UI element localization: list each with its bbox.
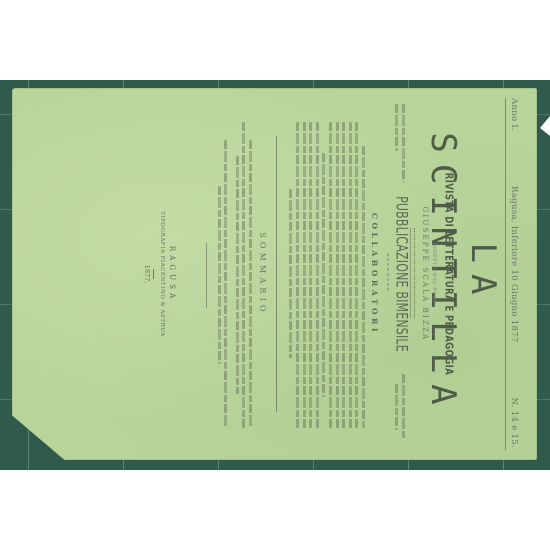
text-line [349,122,352,428]
text-line [249,140,252,428]
issue-number: N. 14 e 15. [509,398,519,448]
text-line [289,189,292,357]
collaborators-heading: COLLABORATORI [370,88,379,460]
photograph: Anno I. Ragusa, Inferiore 10 Giugno 1877… [0,80,550,470]
text-line [402,374,405,440]
directed-by-label: DIRETTA DAL PROF. [431,88,437,460]
imprint-dash [153,269,154,279]
imprint-place: RAGUSA [168,88,177,460]
text-line [362,146,365,428]
text-line [224,140,227,428]
text-line [309,122,312,428]
text-line [342,122,345,428]
summary-heading: SOMMARIO [258,88,267,460]
text-line [322,153,325,398]
collaborators-list [286,122,365,428]
masthead-header: Anno I. Ragusa, Inferiore 10 Giugno 1877… [509,98,519,448]
editor-name: GIUSEPPE SCALA BIZZA [421,88,429,460]
place-date: Ragusa, Inferiore 10 Giugno 1877 [509,186,519,343]
text-line [236,156,239,395]
text-line [395,384,398,430]
text-line [296,122,299,428]
periodical-subtitle: RIVISTA DI LETTERATURA E PEDAGOGIA [442,88,455,460]
text-line [355,122,358,428]
small-caption-line [387,253,389,293]
volume-label: Anno I. [509,98,519,131]
text-line [218,186,221,363]
imprint-printer: TIPOGRAFIA PIACENTINO & ASTRUA [159,88,165,460]
cover-page-rotated: Anno I. Ragusa, Inferiore 10 Giugno 1877… [12,88,537,460]
header-rule [505,98,506,450]
text-line [242,122,245,428]
short-rule [206,243,207,308]
summary-contents [214,122,252,428]
section-rule [276,136,277,412]
text-line [336,122,339,428]
text-line [316,122,319,428]
periodical-cover: Anno I. Ragusa, Inferiore 10 Giugno 1877… [12,88,537,460]
imprint-year: 1877. [143,88,151,460]
issue-price-block [392,374,405,440]
text-line [329,122,332,428]
text-line [303,122,306,428]
